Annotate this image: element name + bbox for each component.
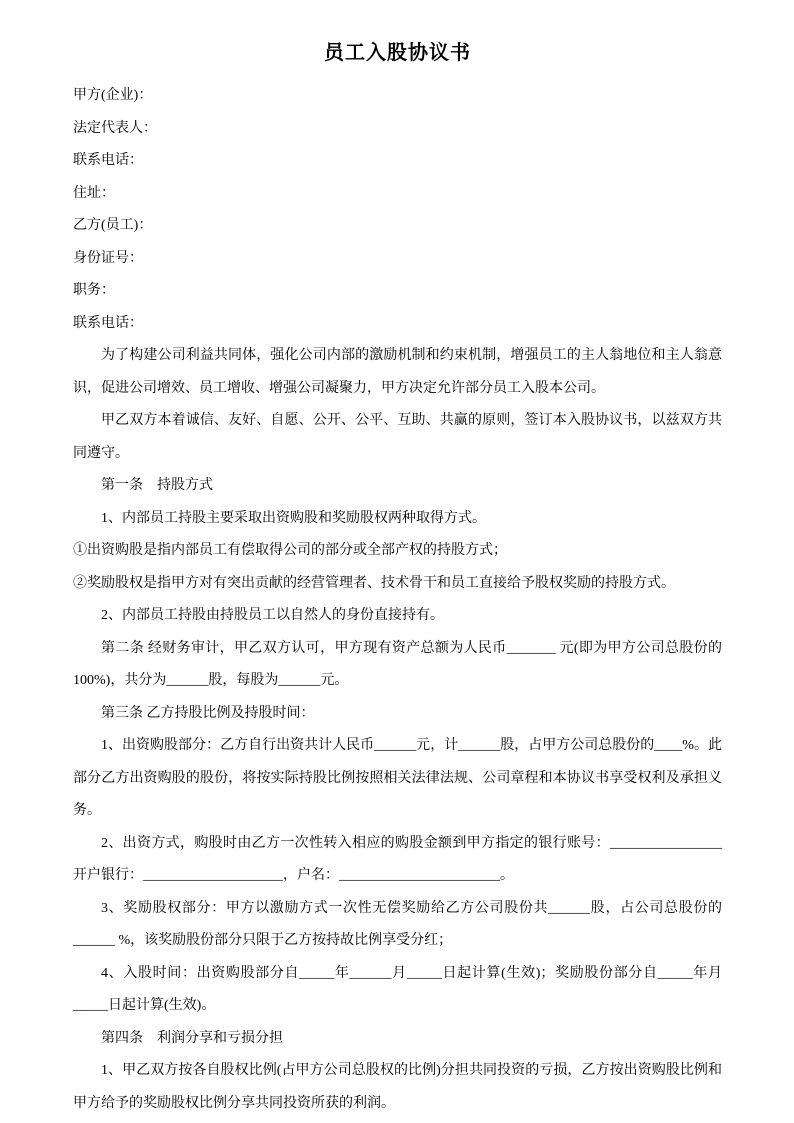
clause-1-subitem-1: ①出资购股是指内部员工有偿取得公司的部分或全部产权的持股方式； — [73, 535, 722, 568]
field-address: 住址： — [73, 178, 722, 211]
document-title: 员工入股协议书 — [73, 38, 722, 68]
field-legal-representative: 法定代表人： — [73, 113, 722, 146]
clause-3-item-3: 3、奖励股权部分：甲方以激励方式一次性无偿奖励给乙方公司股份共______股，占… — [73, 893, 722, 958]
preamble-paragraph-2: 甲乙双方本着诚信、友好、自愿、公开、公平、互助、共赢的原则，签订本入股协议书，以… — [73, 405, 722, 470]
field-phone-party-b: 联系电话： — [73, 308, 722, 341]
clause-4-item-1: 1、甲乙双方按各自股权比例(占甲方公司总股权的比例)分担共同投资的亏损，乙方按出… — [73, 1055, 722, 1120]
preamble-paragraph-1: 为了构建公司利益共同体，强化公司内部的激励机制和约束机制，增强员工的主人翁地位和… — [73, 340, 722, 405]
clause-3-item-4: 4、入股时间：出资购股部分自_____年______月_____日起计算(生效)… — [73, 958, 722, 1023]
document-page: 员工入股协议书 甲方(企业)： 法定代表人： 联系电话： 住址： 乙方(员工)：… — [0, 0, 794, 1123]
field-phone-party-a: 联系电话： — [73, 145, 722, 178]
field-position: 职务： — [73, 275, 722, 308]
field-party-a: 甲方(企业)： — [73, 80, 722, 113]
clause-2-paragraph: 第二条 经财务审计，甲乙双方认可，甲方现有资产总额为人民币_______ 元(即… — [73, 633, 722, 698]
clause-3-item-1: 1、出资购股部分：乙方自行出资共计人民币______元，计______股，占甲方… — [73, 730, 722, 828]
clause-3-item-2: 2、出资方式，购股时由乙方一次性转入相应的购股金额到甲方指定的银行账号：____… — [73, 828, 722, 893]
field-id-number: 身份证号： — [73, 243, 722, 276]
clause-4-heading: 第四条 利润分享和亏损分担 — [73, 1023, 722, 1056]
clause-1-item-1: 1、内部员工持股主要采取出资购股和奖励股权两种取得方式。 — [73, 503, 722, 536]
clause-1-heading: 第一条 持股方式 — [73, 470, 722, 503]
clause-1-subitem-2: ②奖励股权是指甲方对有突出贡献的经营管理者、技术骨干和员工直接给予股权奖励的持股… — [73, 568, 722, 601]
clause-1-item-2: 2、内部员工持股由持股员工以自然人的身份直接持有。 — [73, 600, 722, 633]
field-party-b: 乙方(员工)： — [73, 210, 722, 243]
clause-3-heading: 第三条 乙方持股比例及持股时间： — [73, 698, 722, 731]
